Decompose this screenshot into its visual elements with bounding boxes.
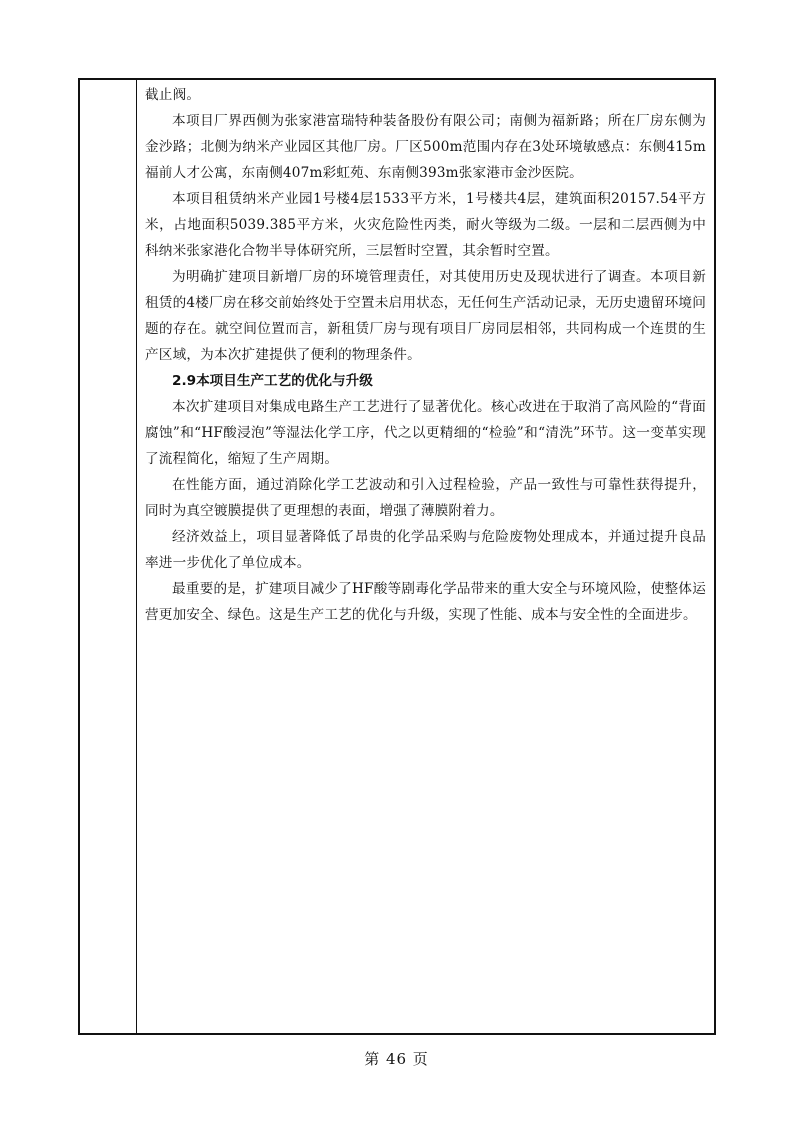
page-number: 第 46 页 <box>0 1048 793 1069</box>
paragraph-economic-benefit: 经济效益上，项目显著降低了昂贵的化学品采购与危险废物处理成本，并通过提升良品率进… <box>145 524 706 576</box>
paragraph-valve-end: 截止阀。 <box>145 82 706 108</box>
paragraph-site-history: 为明确扩建项目新增厂房的环境管理责任，对其使用历史及现状进行了调查。本项目新租赁… <box>145 264 706 368</box>
paragraph-process-optimization: 本次扩建项目对集成电路生产工艺进行了显著优化。核心改进在于取消了高风险的“背面腐… <box>145 394 706 472</box>
paragraph-safety: 最重要的是，扩建项目减少了HF酸等剧毒化学品带来的重大安全与环境风险，使整体运营… <box>145 576 706 628</box>
paragraph-performance: 在性能方面，通过消除化学工艺波动和引入过程检验，产品一致性与可靠性获得提升，同时… <box>145 472 706 524</box>
section-heading-2-9: 2.9本项目生产工艺的优化与升级 <box>145 368 706 394</box>
table-label-column <box>80 80 137 1033</box>
paragraph-leased-building: 本项目租赁纳米产业园1号楼4层1533平方米，1号楼共4层，建筑面积20157.… <box>145 186 706 264</box>
content-table: 截止阀。 本项目厂界西侧为张家港富瑞特种装备股份有限公司；南侧为福新路；所在厂房… <box>78 78 716 1035</box>
paragraph-site-surroundings: 本项目厂界西侧为张家港富瑞特种装备股份有限公司；南侧为福新路；所在厂房东侧为金沙… <box>145 108 706 186</box>
table-content-cell: 截止阀。 本项目厂界西侧为张家港富瑞特种装备股份有限公司；南侧为福新路；所在厂房… <box>137 80 714 1033</box>
